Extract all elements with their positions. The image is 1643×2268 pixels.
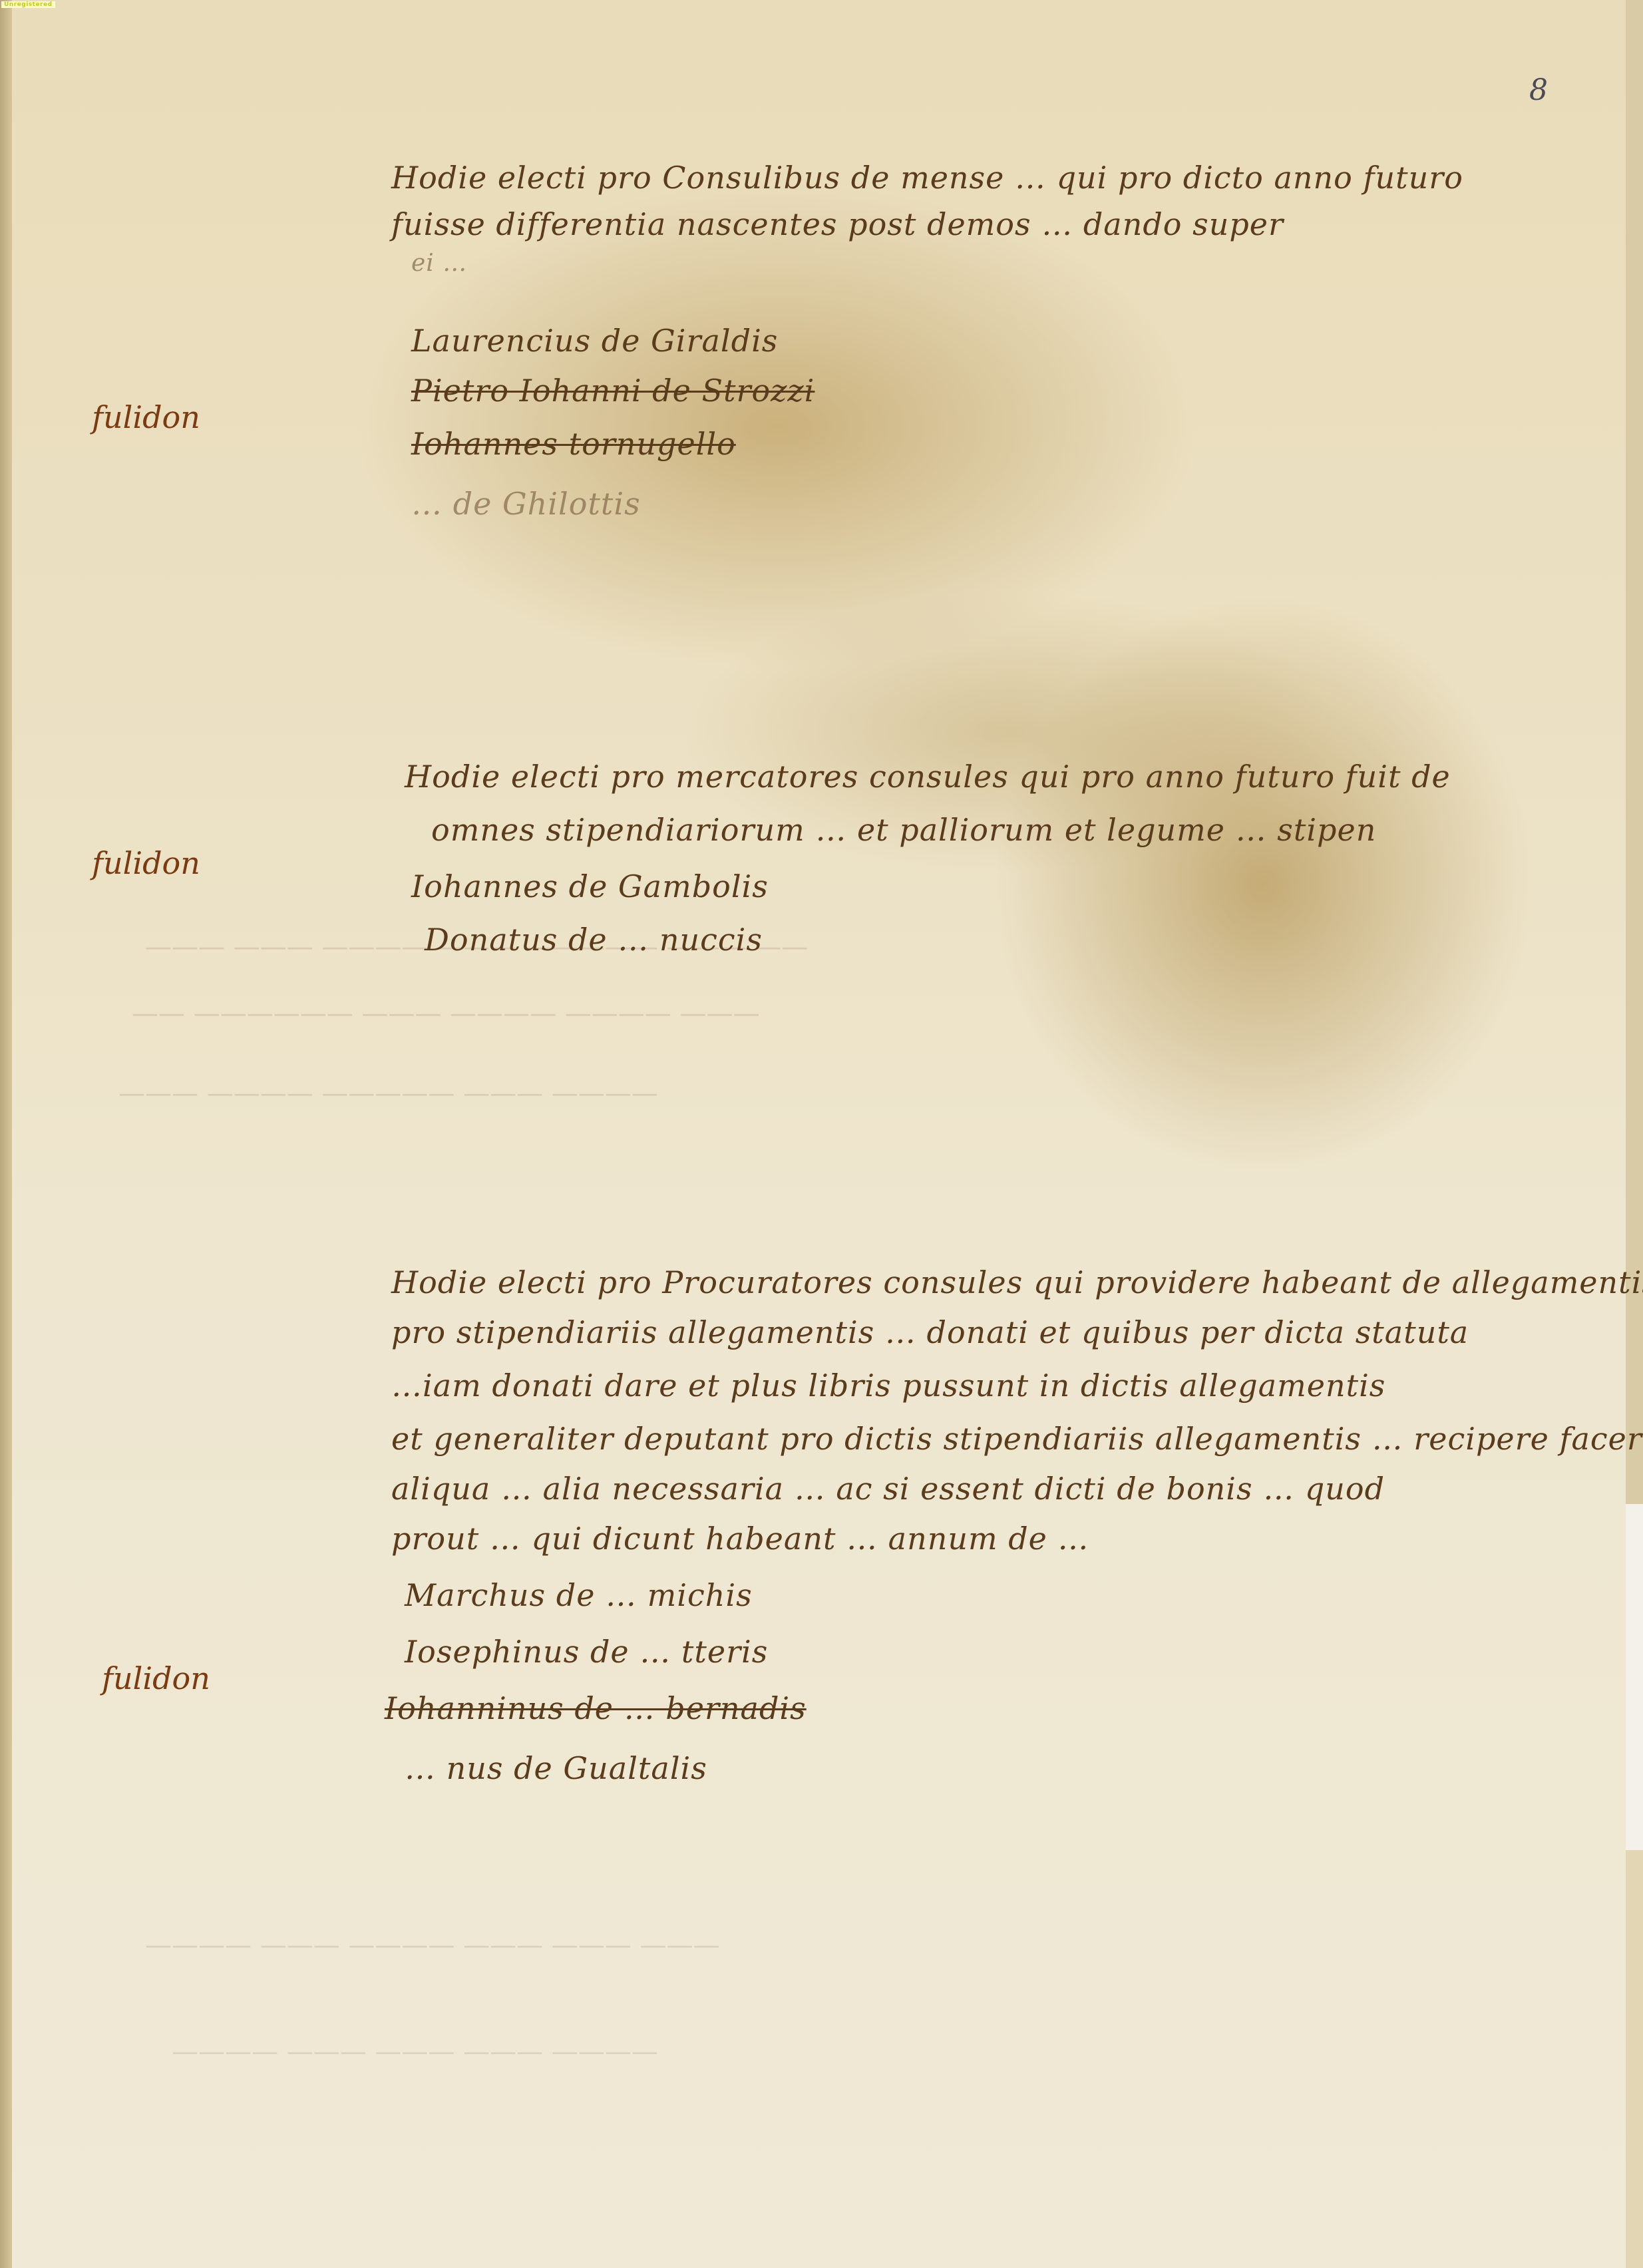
name-entry: Iohannes tornugello: [411, 426, 736, 462]
margin-annotation: fulidon: [102, 1660, 210, 1696]
underlying-page-edge: [1626, 1850, 1643, 2268]
name-entry: Pietro Iohanni de Strozzi: [411, 373, 815, 409]
margin-annotation: fulidon: [92, 845, 200, 881]
name-entry: Laurencius de Giraldis: [411, 323, 778, 359]
entry-heading-line: omnes stipendiariorum … et palliorum et …: [431, 812, 1376, 848]
show-through-text: ——— ——— ——— ———— ——— ————: [145, 1930, 720, 1961]
name-entry: Iohannes de Gambolis: [411, 868, 769, 904]
show-through-text: ———— ——— ——— ——— ————: [172, 2036, 658, 2067]
entry-heading-line: prout … qui dicunt habeant … annum de …: [391, 1521, 1089, 1557]
folio-number: 8: [1529, 73, 1548, 107]
entry-heading-line: …iam donati dare et plus libris pussunt …: [391, 1368, 1385, 1404]
entry-heading-line: pro stipendiariis allegamentis … donati …: [391, 1314, 1469, 1350]
show-through-text: ——— ———— ———— ——— —————— ——: [132, 998, 760, 1029]
unregistered-watermark: Unregistered: [1, 1, 55, 8]
entry-heading-line: ei …: [411, 250, 467, 277]
name-entry: Donatus de … nuccis: [425, 922, 763, 958]
name-entry: … de Ghilottis: [411, 486, 641, 522]
entry-heading-line: fuisse differentia nascentes post demos …: [391, 206, 1284, 242]
entry-heading-line: Hodie electi pro Procuratores consules q…: [391, 1264, 1643, 1300]
name-entry: Iohanninus de … bernadis: [385, 1690, 807, 1726]
name-entry: Marchus de … michis: [405, 1577, 753, 1613]
name-entry: Iosephinus de … tteris: [405, 1634, 768, 1670]
margin-annotation: fulidon: [92, 399, 200, 435]
entry-heading-line: Hodie electi pro mercatores consules qui…: [405, 759, 1451, 795]
binding-spine: [0, 0, 12, 2268]
show-through-text: ———— ——— ————— ———— ———: [118, 1078, 658, 1109]
entry-heading-line: aliqua … alia necessaria … ac si essent …: [391, 1471, 1385, 1507]
page-edge-gap: [1626, 1504, 1643, 1850]
name-entry: … nus de Gualtalis: [405, 1750, 707, 1786]
manuscript-page: —— ——— ————— ——— ———— ——— ——— ——— ———— —…: [12, 0, 1626, 2268]
entry-heading-line: et generaliter deputant pro dictis stipe…: [391, 1421, 1643, 1457]
entry-heading-line: Hodie electi pro Consulibus de mense … q…: [391, 160, 1463, 196]
